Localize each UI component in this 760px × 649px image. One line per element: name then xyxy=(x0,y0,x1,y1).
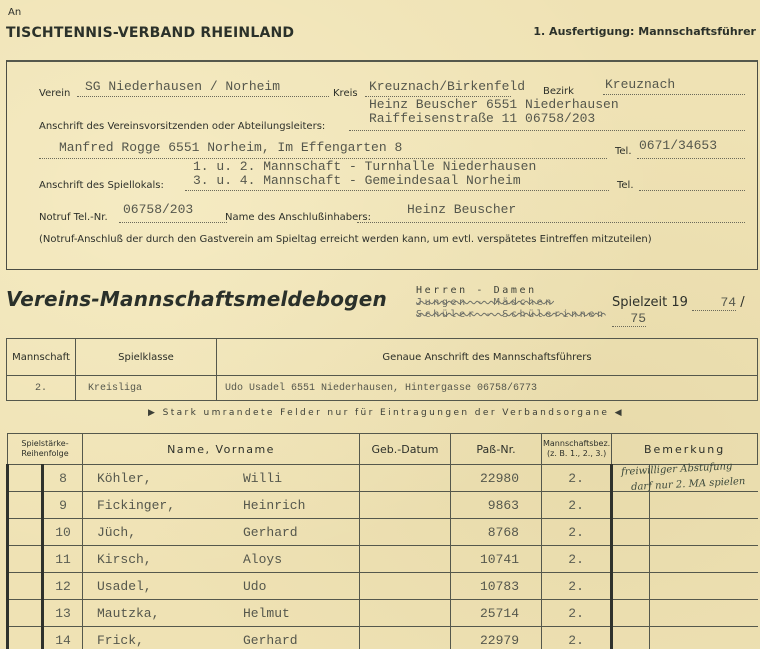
category-line1: Herren - Damen xyxy=(416,285,537,296)
player-row: 12 Usadel,Udo 10783 2. xyxy=(8,573,758,600)
chair-label: Anschrift des Vereinsvorsitzenden oder A… xyxy=(39,121,325,132)
pass-cell[interactable]: 25714 xyxy=(451,600,542,627)
rank-cell[interactable]: 10 xyxy=(43,519,83,546)
first-name: Heinrich xyxy=(243,498,305,513)
last-name: Usadel, xyxy=(97,579,243,594)
player-row: 9 Fickinger,Heinrich 9863 2. xyxy=(8,492,758,519)
team-cell[interactable]: 2. xyxy=(542,519,612,546)
last-name: Köhler, xyxy=(97,471,243,486)
category-schueler[interactable]: Schüler - Schülerinnen xyxy=(416,309,606,320)
first-name: Helmut xyxy=(243,606,290,621)
season-to-field[interactable]: 75 xyxy=(612,311,646,327)
verein-label: Verein xyxy=(39,88,70,99)
official-rank-cell[interactable] xyxy=(8,546,43,573)
remark-official-subcell[interactable] xyxy=(613,573,650,599)
chair-address-line2: Raiffeisenstraße 11 06758/203 xyxy=(369,111,595,126)
remark-subcell[interactable] xyxy=(650,546,757,572)
bezirk-label: Bezirk xyxy=(543,86,574,97)
remark-subcell[interactable] xyxy=(650,519,757,545)
header-pass: Paß-Nr. xyxy=(451,434,542,465)
category-line3: Schüler - Schülerinnen xyxy=(416,309,606,320)
rank-cell[interactable]: 12 xyxy=(43,573,83,600)
last-name: Frick, xyxy=(97,633,243,648)
emergency-label: Notruf Tel.-Nr. xyxy=(39,212,108,223)
chair2-value: Manfred Rogge 6551 Norheim, Im Effengart… xyxy=(59,140,402,155)
venue-label: Anschrift des Spiellokals: xyxy=(39,180,164,191)
pass-cell[interactable]: 10741 xyxy=(451,546,542,573)
name-cell[interactable]: Kirsch,Aloys xyxy=(83,546,360,573)
header-remark: Bemerkung xyxy=(612,434,758,465)
team-table: Mannschaft Spielklasse Genaue Anschrift … xyxy=(6,338,758,401)
team-cell[interactable]: 2. xyxy=(542,573,612,600)
dob-cell[interactable] xyxy=(360,627,451,649)
official-rank-cell[interactable] xyxy=(8,573,43,600)
header-rank-line2: Reihenfolge xyxy=(9,449,81,459)
name-cell[interactable]: Fickinger,Heinrich xyxy=(83,492,360,519)
bezirk-value: Kreuznach xyxy=(605,77,675,92)
pass-cell[interactable]: 8768 xyxy=(451,519,542,546)
venue-line2: 3. u. 4. Mannschaft - Gemeindesaal Norhe… xyxy=(193,173,521,188)
team-cell[interactable]: 2. xyxy=(542,546,612,573)
remark-official-subcell[interactable] xyxy=(613,546,650,572)
remark-subcell[interactable] xyxy=(650,492,757,518)
last-name: Kirsch, xyxy=(97,552,243,567)
rank-cell[interactable]: 14 xyxy=(43,627,83,649)
verein-value: SG Niederhausen / Norheim xyxy=(85,79,280,94)
kreis-value: Kreuznach/Birkenfeld xyxy=(369,79,525,94)
pass-cell[interactable]: 10783 xyxy=(451,573,542,600)
hint-text: Stark umrandete Felder nur für Eintragun… xyxy=(163,408,610,418)
remark-cell[interactable] xyxy=(612,519,758,546)
official-rank-cell[interactable] xyxy=(8,465,43,492)
header-dob: Geb.-Datum xyxy=(360,434,451,465)
remark-official-subcell[interactable] xyxy=(613,627,650,649)
pass-cell[interactable]: 22980 xyxy=(451,465,542,492)
player-row: 13 Mautzka,Helmut 25714 2. xyxy=(8,600,758,627)
header-rank: Spielstärke- Reihenfolge xyxy=(8,434,83,465)
chair2-field[interactable]: Manfred Rogge 6551 Norheim, Im Effengart… xyxy=(39,136,607,159)
dob-cell[interactable] xyxy=(360,600,451,627)
remark-subcell[interactable] xyxy=(650,573,757,599)
verein-field[interactable]: SG Niederhausen / Norheim xyxy=(77,76,329,97)
team-leader-address[interactable]: Udo Usadel 6551 Niederhausen, Hintergass… xyxy=(217,376,758,401)
venue-field[interactable]: 3. u. 4. Mannschaft - Gemeindesaal Norhe… xyxy=(185,170,609,191)
dob-cell[interactable] xyxy=(360,465,451,492)
first-name: Gerhard xyxy=(243,633,298,648)
rank-cell[interactable]: 11 xyxy=(43,546,83,573)
official-rank-cell[interactable] xyxy=(8,627,43,649)
header-rank-line1: Spielstärke- xyxy=(9,439,81,449)
team-cell[interactable]: 2. xyxy=(542,465,612,492)
name-cell[interactable]: Mautzka,Helmut xyxy=(83,600,360,627)
club-info-box: Verein SG Niederhausen / Norheim Kreis K… xyxy=(6,60,758,270)
remark-official-subcell[interactable] xyxy=(613,519,650,545)
remark-cell[interactable] xyxy=(612,600,758,627)
header-leader-address: Genaue Anschrift des Mannschaftsführers xyxy=(217,339,758,376)
emergency-note: (Notruf-Anschluß der durch den Gastverei… xyxy=(39,234,652,245)
official-rank-cell[interactable] xyxy=(8,600,43,627)
players-table: Spielstärke- Reihenfolge Name, Vorname G… xyxy=(6,433,758,649)
rank-cell[interactable]: 8 xyxy=(43,465,83,492)
pass-cell[interactable]: 22979 xyxy=(451,627,542,649)
last-name: Mautzka, xyxy=(97,606,243,621)
tel-label: Tel. xyxy=(615,146,632,157)
team-cell[interactable]: 2. xyxy=(542,492,612,519)
team-number[interactable]: 2. xyxy=(7,376,76,401)
dob-cell[interactable] xyxy=(360,519,451,546)
venue-tel-field[interactable] xyxy=(639,170,745,191)
official-rank-cell[interactable] xyxy=(8,492,43,519)
rank-cell[interactable]: 13 xyxy=(43,600,83,627)
category-line2: Jungen - Mädchen xyxy=(416,297,554,308)
category-herren-damen[interactable]: Herren - Damen xyxy=(416,285,537,296)
name-cell[interactable]: Usadel,Udo xyxy=(83,573,360,600)
remark-cell[interactable] xyxy=(612,492,758,519)
pass-cell[interactable]: 9863 xyxy=(451,492,542,519)
header-spielklasse: Spielklasse xyxy=(76,339,217,376)
team-league[interactable]: Kreisliga xyxy=(76,376,217,401)
remark-cell[interactable] xyxy=(612,627,758,649)
team-cell[interactable]: 2. xyxy=(542,600,612,627)
first-name: Udo xyxy=(243,579,266,594)
header-team-line1: Mannschaftsbez. xyxy=(543,439,610,449)
remark-cell[interactable]: freiwilliger Abstufungdarf nur 2. MA spi… xyxy=(612,465,758,492)
holder-field[interactable]: Heinz Beuscher xyxy=(357,198,745,223)
name-cell[interactable]: Köhler,Willi xyxy=(83,465,360,492)
header-team-line2: (z. B. 1., 2., 3.) xyxy=(543,449,610,459)
remark-official-subcell[interactable] xyxy=(613,600,650,626)
season-label: Spielzeit 19 xyxy=(612,295,688,310)
header-name: Name, Vorname xyxy=(83,434,360,465)
last-name: Jüch, xyxy=(97,525,243,540)
dob-cell[interactable] xyxy=(360,573,451,600)
arrow-right-icon: ▶ xyxy=(148,408,157,418)
emergency-value: 06758/203 xyxy=(123,202,193,217)
season: Spielzeit 19 74 / 75 xyxy=(612,295,760,327)
hint-line: ▶ Stark umrandete Felder nur für Eintrag… xyxy=(148,408,624,418)
rank-cell[interactable]: 9 xyxy=(43,492,83,519)
category-jungen-maedchen[interactable]: Jungen - Mädchen xyxy=(416,297,554,308)
emergency-field[interactable]: 06758/203 xyxy=(119,200,227,223)
first-name: Aloys xyxy=(243,552,282,567)
first-name: Willi xyxy=(243,471,282,486)
holder-value: Heinz Beuscher xyxy=(407,202,516,217)
kreis-label: Kreis xyxy=(333,88,358,99)
holder-label: Name des Anschlußinhabers: xyxy=(225,212,371,223)
organization-name: TISCHTENNIS-VERBAND RHEINLAND xyxy=(6,25,294,41)
first-name: Gerhard xyxy=(243,525,298,540)
copy-designation: 1. Ausfertigung: Mannschaftsführer xyxy=(533,25,756,38)
dob-cell[interactable] xyxy=(360,546,451,573)
arrow-left-icon: ◀ xyxy=(615,408,624,418)
bezirk-field[interactable]: Kreuznach xyxy=(603,74,745,95)
name-cell[interactable]: Frick,Gerhard xyxy=(83,627,360,649)
remark-subcell[interactable] xyxy=(650,600,757,626)
player-row: 14 Frick,Gerhard 22979 2. xyxy=(8,627,758,649)
season-from-field[interactable]: 74 xyxy=(692,295,736,311)
venue-tel-label: Tel. xyxy=(617,180,634,191)
chair2-tel-field[interactable]: 0671/34653 xyxy=(637,136,745,159)
form-title: Vereins-Mannschaftsmeldebogen xyxy=(6,287,387,311)
header-mannschaft: Mannschaft xyxy=(7,339,76,376)
player-row: 10 Jüch,Gerhard 8768 2. xyxy=(8,519,758,546)
handwritten-remark: freiwilliger Abstufungdarf nur 2. MA spi… xyxy=(621,461,745,491)
remark-cell[interactable] xyxy=(612,546,758,573)
header-team: Mannschaftsbez. (z. B. 1., 2., 3.) xyxy=(542,434,612,465)
remark-official-subcell[interactable] xyxy=(613,492,650,518)
remark-cell[interactable] xyxy=(612,573,758,600)
last-name: Fickinger, xyxy=(97,498,243,513)
team-cell[interactable]: 2. xyxy=(542,627,612,649)
remark-subcell[interactable] xyxy=(650,627,757,649)
player-row: 8 Köhler,Willi 22980 2. freiwilliger Abs… xyxy=(8,465,758,492)
player-row: 11 Kirsch,Aloys 10741 2. xyxy=(8,546,758,573)
addressee-prefix: An xyxy=(8,7,21,18)
chair-field[interactable]: Raiffeisenstraße 11 06758/203 xyxy=(349,108,745,131)
chair2-tel-value: 0671/34653 xyxy=(639,138,717,153)
name-cell[interactable]: Jüch,Gerhard xyxy=(83,519,360,546)
dob-cell[interactable] xyxy=(360,492,451,519)
official-rank-cell[interactable] xyxy=(8,519,43,546)
kreis-field[interactable]: Kreuznach/Birkenfeld xyxy=(365,76,511,97)
